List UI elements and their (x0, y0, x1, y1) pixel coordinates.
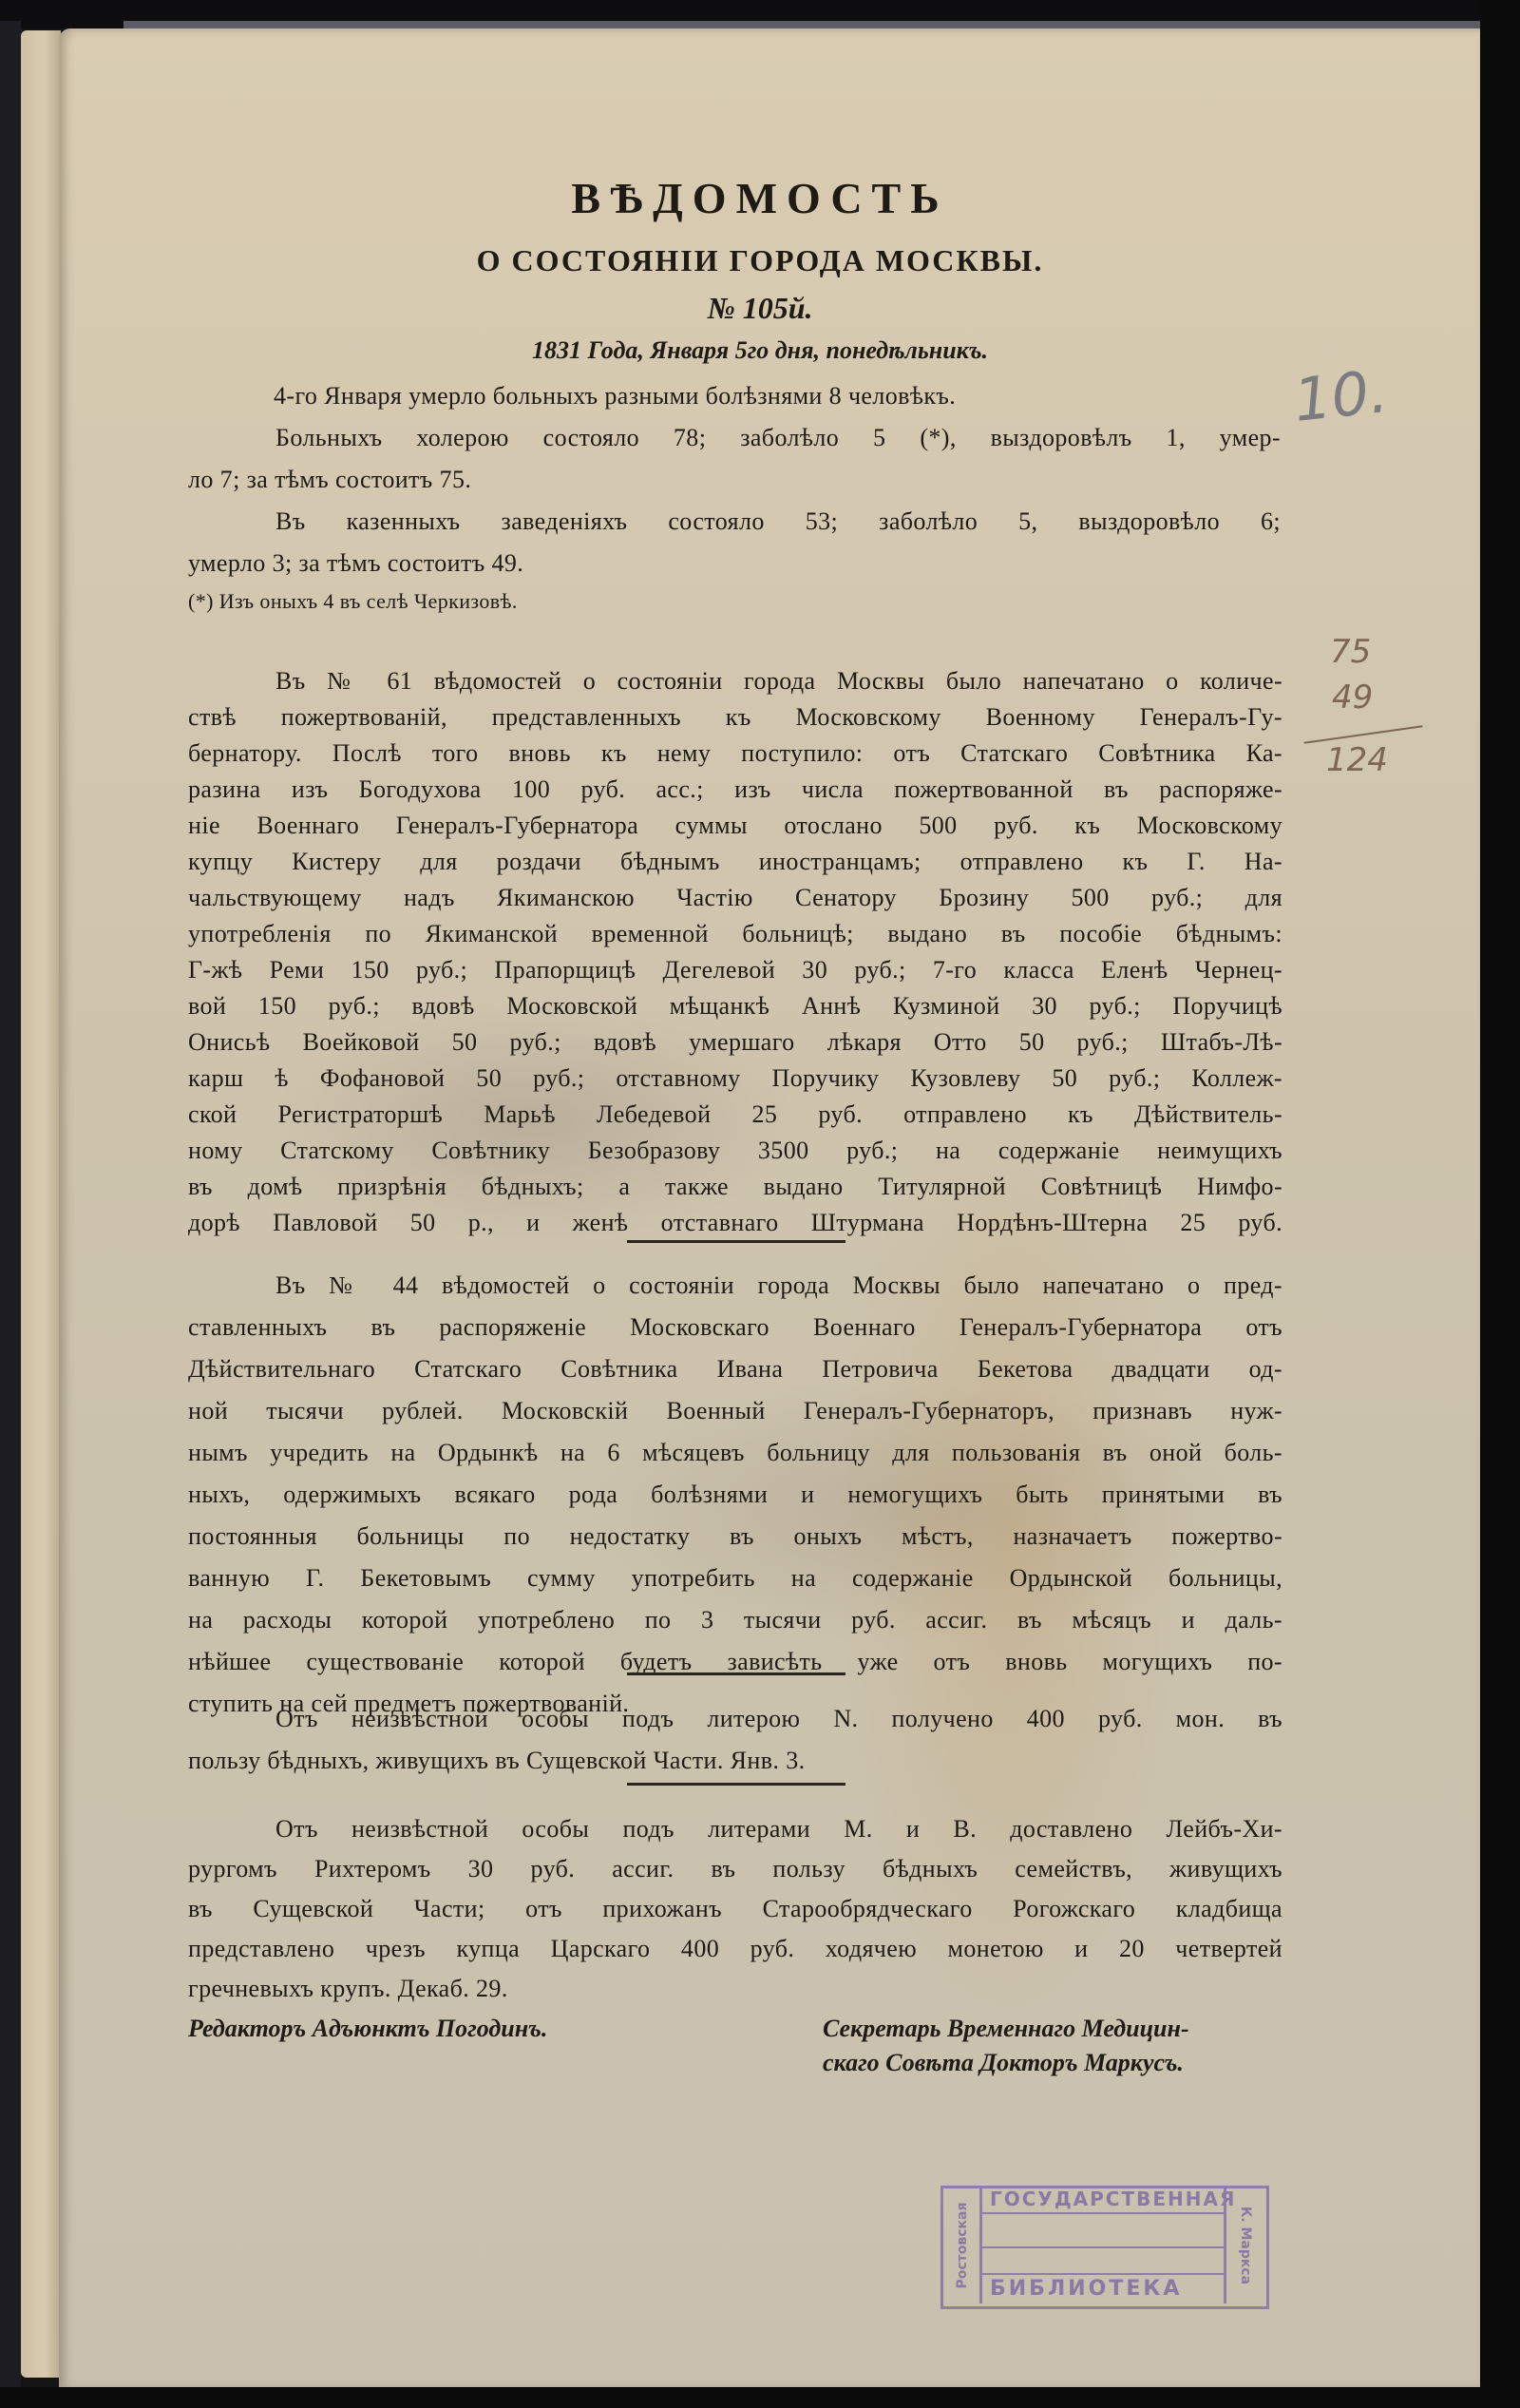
paragraph-line: ванную Г. Бекетовымъ сумму употребить на… (188, 1564, 1282, 1593)
paragraph-line: Дѣйствительнаго Статскаго Совѣтника Иван… (188, 1355, 1282, 1384)
section-divider (627, 1672, 845, 1675)
page-title: ВѢДОМОСТЬ (0, 173, 1520, 223)
stamp-left-text: Ростовская (955, 2188, 970, 2303)
paragraph-line: нымъ учредить на Ордынкѣ на 6 мѣсяцевъ б… (188, 1439, 1282, 1467)
paragraph-line: Г-жѣ Реми 150 руб.; Прапорщицѣ Дегелевой… (188, 956, 1282, 984)
paragraph-line: вой 150 руб.; вдовѣ Московской мѣщанкѣ А… (188, 992, 1282, 1021)
page-subtitle: О СОСТОЯНІИ ГОРОДА МОСКВЫ. (0, 243, 1520, 278)
health-line: ло 7; за тѣмъ состоитъ 75. (188, 466, 471, 494)
section-divider (627, 1783, 845, 1786)
paragraph-line: дорѣ Павловой 50 р., и женѣ отставнаго Ш… (188, 1209, 1282, 1237)
paragraph-line: ставленныхъ въ распоряженіе Московскаго … (188, 1313, 1282, 1342)
paragraph-line: чальствующему надъ Якиманскою Частію Сен… (188, 884, 1282, 912)
paragraph-line: пользу бѣдныхъ, живущихъ въ Сущевской Ча… (188, 1747, 806, 1775)
paragraph-line: рургомъ Рихтеромъ 30 руб. ассиг. въ поль… (188, 1855, 1282, 1883)
paragraph-line: постоянныя больницы по недостатку въ оны… (188, 1522, 1282, 1551)
paragraph-line: гречневыхъ крупъ. Декаб. 29. (188, 1975, 508, 2003)
paragraph-line: разина изъ Богодухова 100 руб. асс.; изъ… (188, 775, 1282, 804)
library-stamp: ГОСУДАРСТВЕННАЯ БИБЛИОТЕКА Ростовская К.… (940, 2186, 1269, 2309)
secretary-signature-line-2: скаго Совѣта Докторъ Маркусъ. (823, 2049, 1184, 2077)
paragraph-line: ской Регистраторшѣ Марьѣ Лебедевой 25 ру… (188, 1100, 1282, 1129)
editor-signature: Редакторъ Адъюнктъ Погодинъ. (188, 2015, 547, 2043)
paragraph-line: Въ № 44 вѣдомостей о состояніи города Мо… (275, 1271, 1282, 1300)
paragraph-line: купцу Кистеру для роздачи бѣднымъ иностр… (188, 848, 1282, 876)
health-line-text: Больныхъ холерою состояло 78; заболѣло 5… (275, 424, 1281, 452)
stamp-inner-frame: ГОСУДАРСТВЕННАЯ БИБЛИОТЕКА (979, 2186, 1226, 2303)
paragraph-line: ной тысячи рублей. Московскій Военный Ге… (188, 1397, 1282, 1425)
footnote: (*) Изъ оныхъ 4 въ селѣ Черкизовѣ. (188, 589, 518, 614)
paragraph-line: употребленія по Якиманской временной бол… (188, 920, 1282, 948)
stamp-right-text: К. Маркса (1238, 2188, 1253, 2303)
stamp-bottom-text: БИБЛИОТЕКА (990, 2277, 1182, 2301)
paragraph-line: ніе Военнаго Генералъ-Губернатора суммы … (188, 812, 1282, 840)
health-line: умерло 3; за тѣмъ состоитъ 49. (188, 549, 523, 578)
handwritten-sum-top: 75 (1330, 633, 1371, 671)
stamp-line (982, 2246, 1224, 2248)
health-line-text: Въ казенныхъ заведеніяхъ состояло 53; за… (275, 507, 1281, 536)
health-line: Въ казенныхъ заведеніяхъ состояло 53; за… (275, 507, 1281, 536)
health-line: 4-го Января умерло больныхъ разными болѣ… (274, 382, 956, 411)
issue-number: № 105й. (0, 291, 1520, 326)
paragraph-line: ныхъ, одержимыхъ всякаго рода болѣзнями … (188, 1481, 1282, 1509)
paragraph-line: на расходы которой употреблено по 3 тыся… (188, 1606, 1282, 1634)
previous-page-edge (21, 30, 61, 2378)
handwritten-page-number: 10. (1290, 356, 1391, 435)
section-divider (627, 1240, 845, 1243)
paragraph-line: ному Статскому Совѣтнику Безобразову 350… (188, 1137, 1282, 1165)
stamp-line (982, 2273, 1224, 2275)
scanner-background-bottom (0, 2387, 1520, 2408)
stamp-line (982, 2212, 1224, 2214)
scanner-background-left (0, 21, 21, 2408)
stamp-top-text: ГОСУДАРСТВЕННАЯ (990, 2188, 1236, 2210)
paragraph-line: Въ № 61 вѣдомостей о состояніи города Мо… (275, 667, 1282, 696)
paragraph-line: въ Сущевской Части; отъ прихожанъ Староо… (188, 1895, 1282, 1923)
handwritten-sum-total: 124 (1326, 741, 1388, 779)
paragraph-line: представлено чрезъ купца Царскаго 400 ру… (188, 1935, 1282, 1963)
paragraph-line: Отъ неизвѣстной особы подъ литерами М. и… (275, 1815, 1282, 1844)
binding-strip (123, 21, 1482, 29)
paragraph-line: бернатору. Послѣ того вновь къ нему пост… (188, 739, 1282, 768)
paragraph-line: карш ѣ Фофановой 50 руб.; отставному Пор… (188, 1064, 1282, 1093)
issue-date: 1831 Года, Января 5го дня, понедѣльникъ. (0, 336, 1520, 365)
handwritten-sum-middle: 49 (1332, 678, 1373, 717)
paragraph-line: Отъ неизвѣстной особы подъ литерою N. по… (275, 1705, 1282, 1733)
paragraph-line: въ домѣ призрѣнія бѣдныхъ; а также выдан… (188, 1173, 1282, 1201)
paragraph-line: Онисьѣ Воейковой 50 руб.; вдовѣ умершаго… (188, 1028, 1282, 1057)
health-line: Больныхъ холерою состояло 78; заболѣло 5… (275, 424, 1281, 452)
secretary-signature-line-1: Секретарь Временнаго Медицин- (823, 2015, 1189, 2043)
paragraph-line: ствѣ пожертвованій, представленныхъ къ М… (188, 703, 1282, 732)
